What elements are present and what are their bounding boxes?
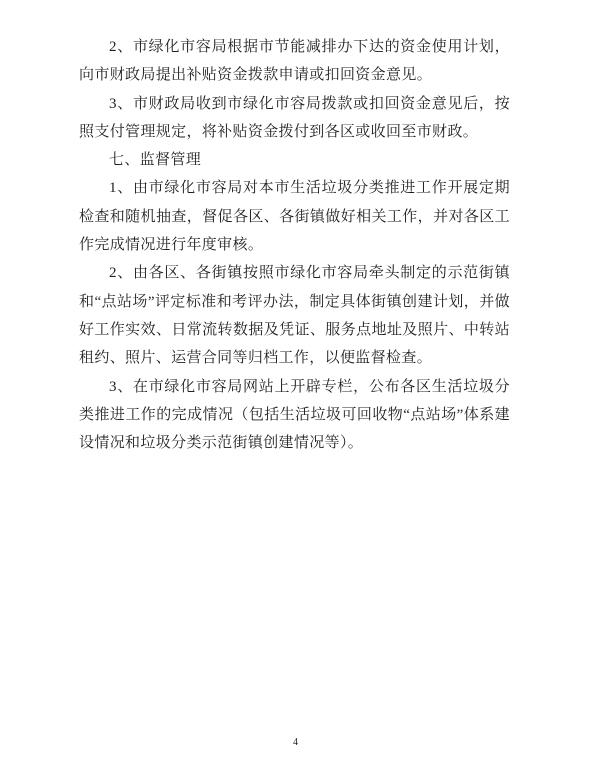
paragraph-website-column-publication: 3、在市绿化市容局网站上开辟专栏，公布各区生活垃圾分类推进工作的完成情况（包括生…	[79, 373, 510, 458]
paragraph-district-creation-plans: 2、由各区、各街镇按照市绿化市容局牵头制定的示范街镇和“点站场”评定标准和考评办…	[79, 259, 510, 372]
document-page: 2、市绿化市容局根据市节能减排办下达的资金使用计划，向市财政局提出补贴资金拨款申…	[0, 0, 591, 761]
document-body: 2、市绿化市容局根据市节能减排办下达的资金使用计划，向市财政局提出补贴资金拨款申…	[79, 33, 510, 457]
page-number: 4	[0, 737, 591, 748]
section-heading-supervision-management: 七、监督管理	[79, 146, 510, 174]
paragraph-funding-application: 2、市绿化市容局根据市节能减排办下达的资金使用计划，向市财政局提出补贴资金拨款申…	[79, 33, 510, 90]
paragraph-finance-bureau-payment: 3、市财政局收到市绿化市容局拨款或扣回资金意见后，按照支付管理规定，将补贴资金拨…	[79, 90, 510, 147]
paragraph-periodic-inspection: 1、由市绿化市容局对本市生活垃圾分类推进工作开展定期检查和随机抽查，督促各区、各…	[79, 174, 510, 259]
